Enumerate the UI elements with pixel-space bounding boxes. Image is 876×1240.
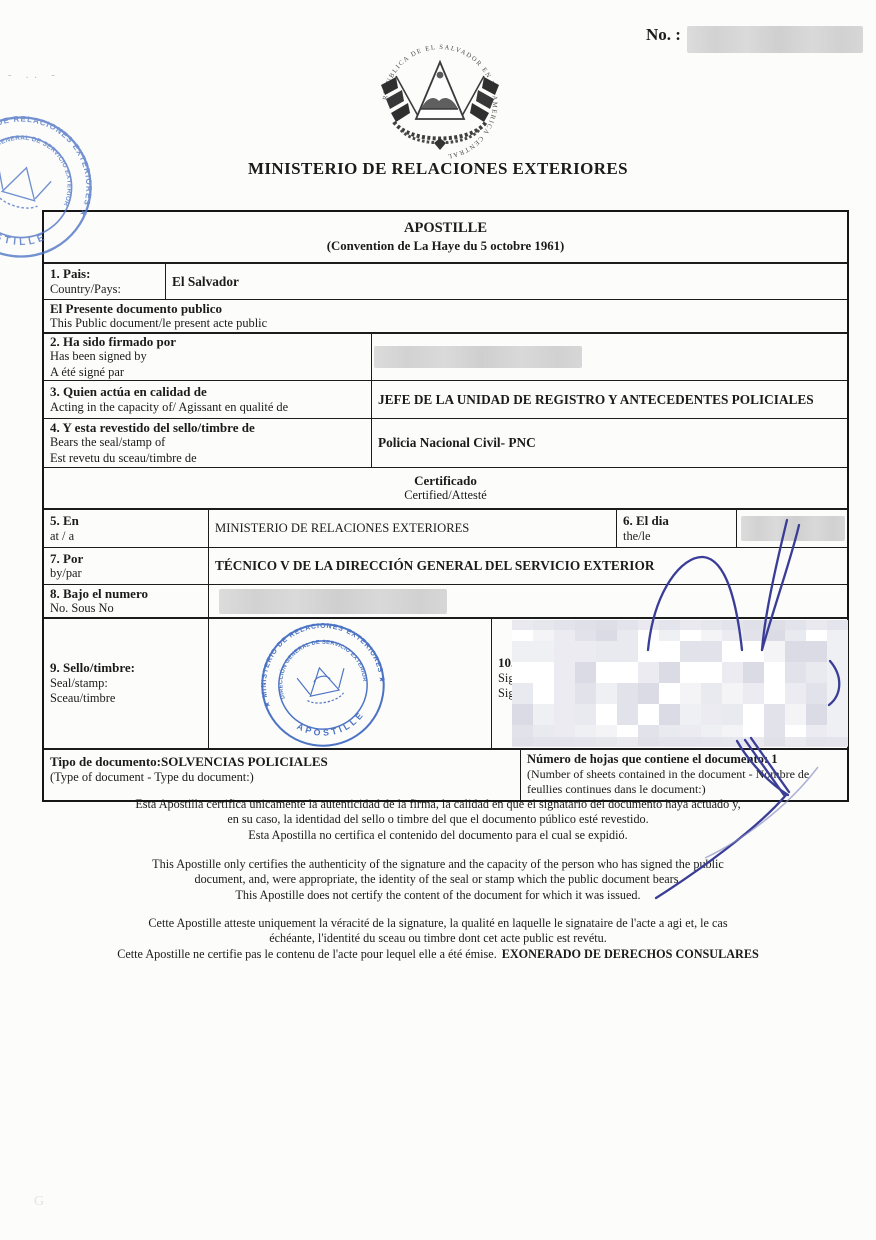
sello-timbre-translation-fr: Sceau/timbre bbox=[50, 691, 202, 707]
redacted-apostille-number bbox=[219, 589, 447, 614]
row-tipo-hojas: Tipo de documento:SOLVENCIAS POLICIALES … bbox=[44, 750, 847, 800]
bajo-numero-translation: No. Sous No bbox=[50, 601, 202, 617]
footer-es-line3: Esta Apostilla no certifica el contenido… bbox=[38, 828, 838, 843]
pais-label: 1. Pais: bbox=[50, 266, 159, 282]
pais-translation: Country/Pays: bbox=[50, 282, 159, 298]
corner-stamp-apostille-text: APOSTILLE bbox=[0, 210, 52, 258]
row-por: 7. Por by/par TÉCNICO V DE LA DIRECCIÓN … bbox=[44, 548, 847, 585]
seal-outer-text: ★ MINISTERIO DE RELACIONES EXTERIORES ★ bbox=[254, 616, 387, 709]
row-presente-documento: El Presente documento publico This Publi… bbox=[44, 300, 847, 334]
footer-en-line3: This Apostille does not certify the cont… bbox=[38, 888, 838, 903]
en-label: 5. En bbox=[50, 513, 202, 529]
footer-fr-line1: Cette Apostille atteste uniquement la vé… bbox=[38, 916, 838, 931]
certificado-line-translation: Certified/Attesté bbox=[404, 488, 487, 504]
svg-text:APOSTILLE: APOSTILLE bbox=[294, 707, 370, 744]
firmado-label: 2. Ha sido firmado por bbox=[50, 334, 365, 350]
footer-paragraph-spanish: Esta Apostilla certifica unicamente la a… bbox=[38, 797, 838, 843]
emblem-flags-left bbox=[381, 76, 418, 122]
row-bajo-numero: 8. Bajo el numero No. Sous No bbox=[44, 585, 847, 619]
emblem-triangle bbox=[416, 62, 464, 119]
por-value: TÉCNICO V DE LA DIRECCIÓN GENERAL DEL SE… bbox=[215, 558, 841, 574]
calidad-value: JEFE DE LA UNIDAD DE REGISTRO Y ANTECEDE… bbox=[378, 392, 841, 408]
sello-translation-fr: Est revetu du sceau/timbre de bbox=[50, 451, 365, 467]
redacted-document-number bbox=[687, 26, 863, 53]
apostille-table: APOSTILLE (Convention de La Haye du 5 oc… bbox=[42, 210, 849, 802]
row-seal-signature: 9. Sello/timbre: Seal/stamp: Sceau/timbr… bbox=[44, 619, 847, 750]
apostille-subtitle: (Convention de La Haye du 5 octobre 1961… bbox=[327, 238, 565, 255]
calidad-translation: Acting in the capacity of/ Agissant en q… bbox=[50, 400, 365, 416]
footer-fr-line3-text: Cette Apostille ne certifie pas le conte… bbox=[117, 947, 497, 961]
en-translation: at / a bbox=[50, 529, 202, 545]
corner-apostille-stamp: ★ MINISTERIO DE RELACIONES EXTERIORES ★ … bbox=[0, 108, 100, 266]
footer-en-line2: document, and, were appropriate, the ide… bbox=[38, 872, 838, 887]
pais-value: El Salvador bbox=[172, 274, 841, 290]
row-pais: 1. Pais: Country/Pays: El Salvador bbox=[44, 264, 847, 300]
table-header-row: APOSTILLE (Convention de La Haye du 5 oc… bbox=[44, 212, 847, 264]
row-firmado-por: 2. Ha sido firmado por Has been signed b… bbox=[44, 334, 847, 381]
dia-label: 6. El dia bbox=[623, 513, 730, 529]
firmado-translation-fr: A été signé par bbox=[50, 365, 365, 381]
seal-center-emblem bbox=[296, 663, 350, 707]
corner-stamp-outer-text: ★ MINISTERIO DE RELACIONES EXTERIORES ★ bbox=[0, 108, 100, 219]
apostille-title: APOSTILLE bbox=[404, 219, 487, 238]
scan-artifact-marks: - .. - bbox=[8, 70, 61, 81]
footer-fr-line2: échéante, l'identité du sceau ou timbre … bbox=[38, 931, 838, 946]
svg-text:★ MINISTERIO DE RELACIONES EXT: ★ MINISTERIO DE RELACIONES EXTERIORES ★ bbox=[0, 108, 100, 219]
numero-hojas-line2: (Number of sheets contained in the docum… bbox=[527, 767, 841, 796]
row-calidad: 3. Quien actúa en calidad de Acting in t… bbox=[44, 381, 847, 419]
document-number-line: No. : bbox=[646, 25, 863, 53]
por-translation: by/par bbox=[50, 566, 202, 582]
por-label: 7. Por bbox=[50, 551, 202, 567]
row-sello-timbre-de: 4. Y esta revestido del sello/timbre de … bbox=[44, 419, 847, 468]
apostille-seal-stamp: ★ MINISTERIO DE RELACIONES EXTERIORES ★ … bbox=[254, 616, 392, 754]
sello-translation-en: Bears the seal/stamp of bbox=[50, 435, 365, 451]
footer-fr-line3: Cette Apostille ne certifie pas le conte… bbox=[38, 947, 838, 962]
footer-exonerado-text: EXONERADO DE DERECHOS CONSULARES bbox=[502, 947, 759, 961]
redacted-signer-name bbox=[374, 346, 582, 368]
scan-artifact-mark: G bbox=[34, 1194, 44, 1210]
svg-text:APOSTILLE: APOSTILLE bbox=[0, 210, 52, 258]
el-salvador-coat-of-arms: REPUBLICA DE EL SALVADOR EN LA AMERICA C… bbox=[364, 38, 516, 168]
sello-timbre-translation-en: Seal/stamp: bbox=[50, 676, 202, 692]
sello-timbre-label: 9. Sello/timbre: bbox=[50, 660, 202, 676]
redacted-date bbox=[741, 516, 845, 541]
footer-paragraph-french: Cette Apostille atteste uniquement la vé… bbox=[38, 916, 838, 962]
presente-line-es: El Presente documento publico bbox=[50, 301, 841, 317]
footer-es-line2: en su caso, la identidad del sello o tim… bbox=[38, 812, 838, 827]
certificado-line-es: Certificado bbox=[414, 473, 477, 489]
footer-paragraph-english: This Apostille only certifies the authen… bbox=[38, 857, 838, 903]
redacted-signature-pixelation bbox=[512, 620, 848, 747]
numero-hojas-line1: Número de hojas que contiene el document… bbox=[527, 752, 841, 767]
firmado-translation-en: Has been signed by bbox=[50, 349, 365, 365]
dia-translation: the/le bbox=[623, 529, 730, 545]
apostille-document-scan: - .. - G No. : REPUBLICA DE EL SALVADOR … bbox=[0, 0, 876, 1240]
row-certificado: Certificado Certified/Attesté bbox=[44, 468, 847, 510]
footer-en-line1: This Apostille only certifies the authen… bbox=[38, 857, 838, 872]
calidad-label: 3. Quien actúa en calidad de bbox=[50, 384, 365, 400]
tipo-documento-line1: Tipo de documento:SOLVENCIAS POLICIALES bbox=[50, 754, 514, 770]
tipo-documento-line2: (Type of document - Type du document:) bbox=[50, 770, 514, 786]
sello-label: 4. Y esta revestido del sello/timbre de bbox=[50, 420, 365, 436]
corner-stamp-emblem bbox=[0, 160, 53, 214]
en-value: MINISTERIO DE RELACIONES EXTERIORES bbox=[215, 521, 610, 536]
seal-apostille-text: APOSTILLE bbox=[294, 707, 370, 744]
sello-value: Policia Nacional Civil- PNC bbox=[378, 435, 841, 451]
bajo-numero-label: 8. Bajo el numero bbox=[50, 586, 202, 602]
ministry-title: MINISTERIO DE RELACIONES EXTERIORES bbox=[0, 159, 876, 179]
document-number-label: No. : bbox=[646, 25, 681, 45]
presente-line-translation: This Public document/le present acte pub… bbox=[50, 316, 841, 332]
row-en-dia: 5. En at / a MINISTERIO DE RELACIONES EX… bbox=[44, 510, 847, 548]
svg-text:★ MINISTERIO DE RELACIONES EXT: ★ MINISTERIO DE RELACIONES EXTERIORES ★ bbox=[254, 616, 387, 709]
